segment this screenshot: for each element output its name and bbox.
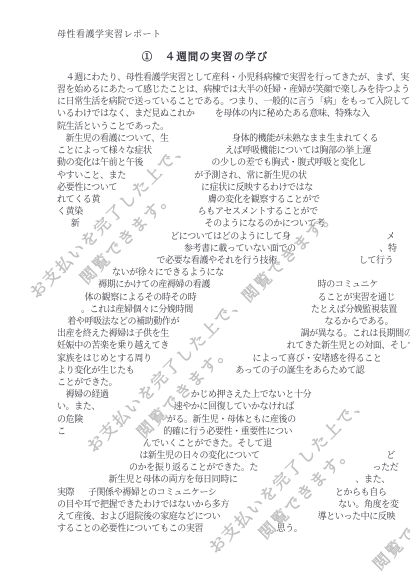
text-segment: 速やかに回復していかなければ	[174, 401, 294, 413]
text-segment: 、特	[379, 243, 396, 255]
text-line: ４週にわたり、母性看護学実習として産科・小児科病棟で実習を行ってきたが、まず、実	[57, 72, 400, 84]
text-segment: い。また、	[57, 401, 100, 413]
text-segment: 的確に行う必要性・重要性につい	[163, 426, 292, 438]
text-segment: 参考書に載っていない面での	[184, 243, 296, 255]
text-segment: 習を始めるにあたって感じたことは、病棟では大半の妊婦・産婦が笑顔で楽しみを待つよ…	[57, 84, 410, 96]
text-line: 出産を終えた褥婦は子供を生調が異なる。これは長期間の	[57, 328, 400, 340]
text-line: のかを振り返ることができた。たっただ	[57, 462, 400, 474]
text-segment: そのようになるのかについて考	[204, 218, 324, 230]
text-segment: ことができた。	[57, 377, 117, 389]
text-line: より変化が生じたもあっての子の誕生をあらためて認	[57, 365, 400, 377]
text-segment: がる。新生児・母体ともに産後の	[167, 414, 296, 426]
text-segment: 体の観察によるその時その時	[84, 292, 196, 304]
text-segment: 着や呼吸法などの補助動作が	[67, 316, 179, 328]
text-line: 習を始めるにあたって感じたことは、病棟では大半の妊婦・産婦が笑顔で楽しみを待つよ…	[57, 84, 400, 96]
text-line: 妊娠中の苦楽を乗り越えてきれてきた新生児との対面、そして	[57, 340, 400, 352]
text-line: れてくる黄膚の変化を観察することがで	[57, 194, 400, 206]
text-line: 動の変化は午前と午後の少しの差でも胸式・腹式呼吸と変化し	[57, 157, 400, 169]
document-page: 母性看護学実習レポート ① ４週間の実習の学び ４週にわたり、母性看護学実習とし…	[0, 0, 410, 580]
text-line: 必要性についてに症状に反映するわけではな	[57, 182, 400, 194]
text-line: こ的確に行う必要性・重要性につい	[57, 426, 400, 438]
text-segment: あっての子の誕生をあらためて認	[235, 365, 364, 377]
text-segment: れてきた新生児との対面、そして	[287, 340, 410, 352]
text-segment: の目や耳で把握できたわけではないから多方	[57, 499, 229, 511]
text-segment: いるわけではなく、まだ見ぬこれか	[57, 108, 194, 120]
text-segment: は新生児の日々の変化について	[139, 450, 259, 462]
text-segment: えて産後、および退院後の家庭などについ	[57, 511, 220, 523]
text-segment: することの必要性についてもこの実習	[57, 523, 203, 535]
text-segment: を母体の内に秘めたある意味、特殊な入	[215, 108, 370, 120]
text-line: で必要な看護やそれを行う技術して行う	[57, 255, 400, 267]
text-line: の危険がる。新生児・母体ともに産後の	[57, 414, 400, 426]
text-line: ことによって様々な症状えば呼吸機能については胸部の挙上運	[57, 145, 400, 157]
text-segment: 時のコミュニケ	[318, 279, 378, 291]
text-segment: 。これは産婦個々に分娩時間	[81, 304, 193, 316]
text-segment: メ	[386, 231, 395, 243]
text-segment: なるからである。	[325, 316, 394, 328]
text-segment: で必要な看護やそれを行う技術	[156, 255, 276, 267]
text-line: 褥期にかけての産褥婦の看護時のコミュニケ	[57, 279, 400, 291]
text-segment: によって喜び・安堵感を得ること	[253, 353, 382, 365]
text-segment: のかを振り返ることができた。た	[129, 462, 258, 474]
text-segment: 実際	[57, 487, 74, 499]
text-segment: 家族をはじめとする周り	[57, 353, 152, 365]
text-line: い。また、速やかに回復していかなければ	[57, 401, 400, 413]
text-segment: れてくる黄	[57, 194, 100, 206]
text-line: は新生児の日々の変化についてど	[57, 450, 400, 462]
text-segment: 褥婦の経過	[57, 389, 109, 401]
text-segment: 子関係や褥婦とのコミュニケーシ	[88, 487, 217, 499]
text-segment: ことによって様々な症状	[57, 145, 152, 157]
text-line: いるわけではなく、まだ見ぬこれかを母体の内に秘めたある意味、特殊な入	[57, 108, 400, 120]
text-line: んでいくことができた。そして退	[57, 438, 400, 450]
text-segment: 動の変化は午前と午後	[57, 157, 143, 169]
text-segment: に症状に反映するわけではな	[201, 182, 313, 194]
text-segment: 新生児と母体の両方を毎日同時に	[108, 474, 237, 486]
text-segment: ないが徐々にできるようにな	[112, 267, 224, 279]
text-segment: 新	[71, 218, 80, 230]
text-line: 着や呼吸法などの補助動作がなるからである。	[57, 316, 400, 328]
text-segment: 出産を終えた褥婦は子供を生	[57, 328, 169, 340]
text-segment: に日常生活を病院で送っていることである。つまり、一般的に言う「病」をもって入院し…	[57, 96, 410, 108]
text-segment: が予測され、常に新生児の状	[194, 170, 306, 182]
text-line: く黄染らもアセスメントすることがで	[57, 206, 400, 218]
text-segment: の危険	[57, 414, 83, 426]
text-segment: えば呼吸機能については胸部の挙上運	[225, 145, 371, 157]
report-body: ４週にわたり、母性看護学実習として産科・小児科病棟で実習を行ってきたが、まず、実…	[57, 0, 400, 580]
text-line: ことができた。	[57, 377, 400, 389]
text-line: 新生児の看護について、生身体的機能が未熟なまま生まれてくる	[57, 133, 400, 145]
text-segment: ど	[386, 450, 395, 462]
text-segment: して行う	[359, 255, 393, 267]
text-segment: 、また、	[355, 474, 389, 486]
text-segment: 新生児の看護について、生	[57, 133, 168, 145]
text-segment: 導といった中に反映	[318, 511, 395, 523]
text-segment: とからも自ら	[335, 487, 387, 499]
text-segment: 妊娠中の苦楽を乗り越えてき	[57, 340, 169, 352]
text-segment: 院生活ということであった。	[57, 121, 169, 133]
text-segment: かじめ押さえた上でないと十分	[191, 389, 311, 401]
text-segment: どについてはどのようにして身	[170, 231, 290, 243]
text-line: 褥婦の経過かじめ押さえた上でないと十分	[57, 389, 400, 401]
text-segment: やすいこと、また	[57, 170, 126, 182]
text-line: 実際子関係や褥婦とのコミュニケーシとからも自ら	[57, 487, 400, 499]
text-segment: 褥期にかけての産褥婦の看護	[98, 279, 210, 291]
text-segment: んでいくことができた。そして退	[143, 438, 272, 450]
text-line: 体の観察によるその時その時ることが実習を通じ	[57, 292, 400, 304]
text-line: 。これは産婦個々に分娩時間たとえば分娩監視装置	[57, 304, 400, 316]
text-segment: ４週にわたり、母性看護学実習として産科・小児科病棟で実習を行ってきたが、まず、実	[57, 72, 409, 84]
text-line: 新生児と母体の両方を毎日同時に、また、	[57, 474, 400, 486]
text-line: やすいこと、またが予測され、常に新生児の状	[57, 170, 400, 182]
text-line: 参考書に載っていない面での、特	[57, 243, 400, 255]
text-segment: の少しの差でも胸式・腹式呼吸と変化し	[211, 157, 366, 169]
text-segment: より変化が生じたも	[57, 365, 134, 377]
text-line: の目や耳で把握できたわけではないから多方ない。角度を変	[57, 499, 400, 511]
text-segment: 調が異なる。これは長期間の	[301, 328, 410, 340]
text-line: 院生活ということであった。	[57, 121, 400, 133]
text-line: に日常生活を病院で送っていることである。つまり、一般的に言う「病」をもって入院し…	[57, 96, 400, 108]
text-line: どについてはどのようにして身メ	[57, 231, 400, 243]
text-segment: 必要性について	[57, 182, 117, 194]
text-line: ないが徐々にできるようにな	[57, 267, 400, 279]
text-segment: ることが実習を通じ	[318, 292, 395, 304]
text-segment: っただ	[373, 462, 399, 474]
text-segment: 膚の変化を観察することがで	[208, 194, 320, 206]
text-segment: 思う。	[277, 523, 303, 535]
text-segment: 身体的機能が未熟なまま生まれてくる	[232, 133, 378, 145]
text-segment: ない。角度を変	[338, 499, 398, 511]
text-line: することの必要性についてもこの実習思う。	[57, 523, 400, 535]
text-line: えて産後、および退院後の家庭などについ導といった中に反映	[57, 511, 400, 523]
text-line: 家族をはじめとする周りによって喜び・安堵感を得ること	[57, 353, 400, 365]
text-segment: こ	[57, 426, 66, 438]
text-line: 新そのようになるのかについて考	[57, 218, 400, 230]
text-segment: らもアセスメントすることがで	[198, 206, 318, 218]
text-segment: く黄染	[57, 206, 83, 218]
text-segment: たとえば分娩監視装置	[311, 304, 397, 316]
